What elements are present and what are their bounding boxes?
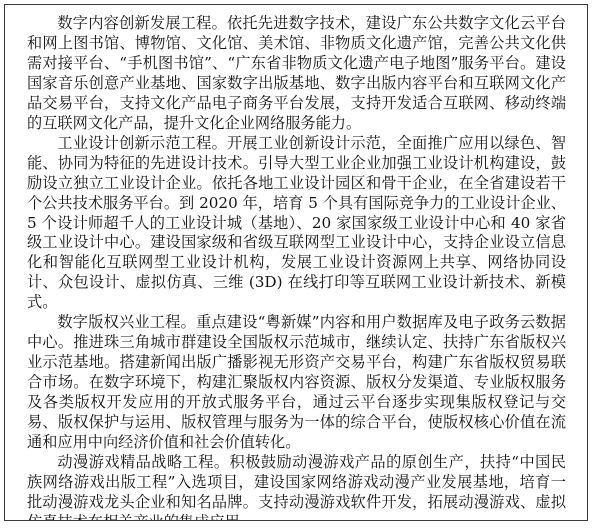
paragraph-animation-games-project: 动漫游戏精品战略工程。积极鼓励动漫游戏产品的原创生产，扶持“中国民族网络游戏出版…	[27, 453, 566, 521]
paragraph-industrial-design-project: 工业设计创新示范工程。开展工业创新设计示范，全面推广应用以绿色、智能、协同为特征…	[27, 134, 566, 314]
page-border-frame: 数字内容创新发展工程。依托先进数字技术，建设广东公共数字文化云平台和网上图书馆、…	[4, 4, 588, 521]
paragraph-digital-content-project: 数字内容创新发展工程。依托先进数字技术，建设广东公共数字文化云平台和网上图书馆、…	[27, 14, 566, 134]
document-page: 数字内容创新发展工程。依托先进数字技术，建设广东公共数字文化云平台和网上图书馆、…	[0, 0, 593, 529]
paragraph-digital-copyright-project: 数字版权兴业工程。重点建设“粤新媒”内容和用户数据库及电子政务云数据中心。推进珠…	[27, 313, 566, 453]
